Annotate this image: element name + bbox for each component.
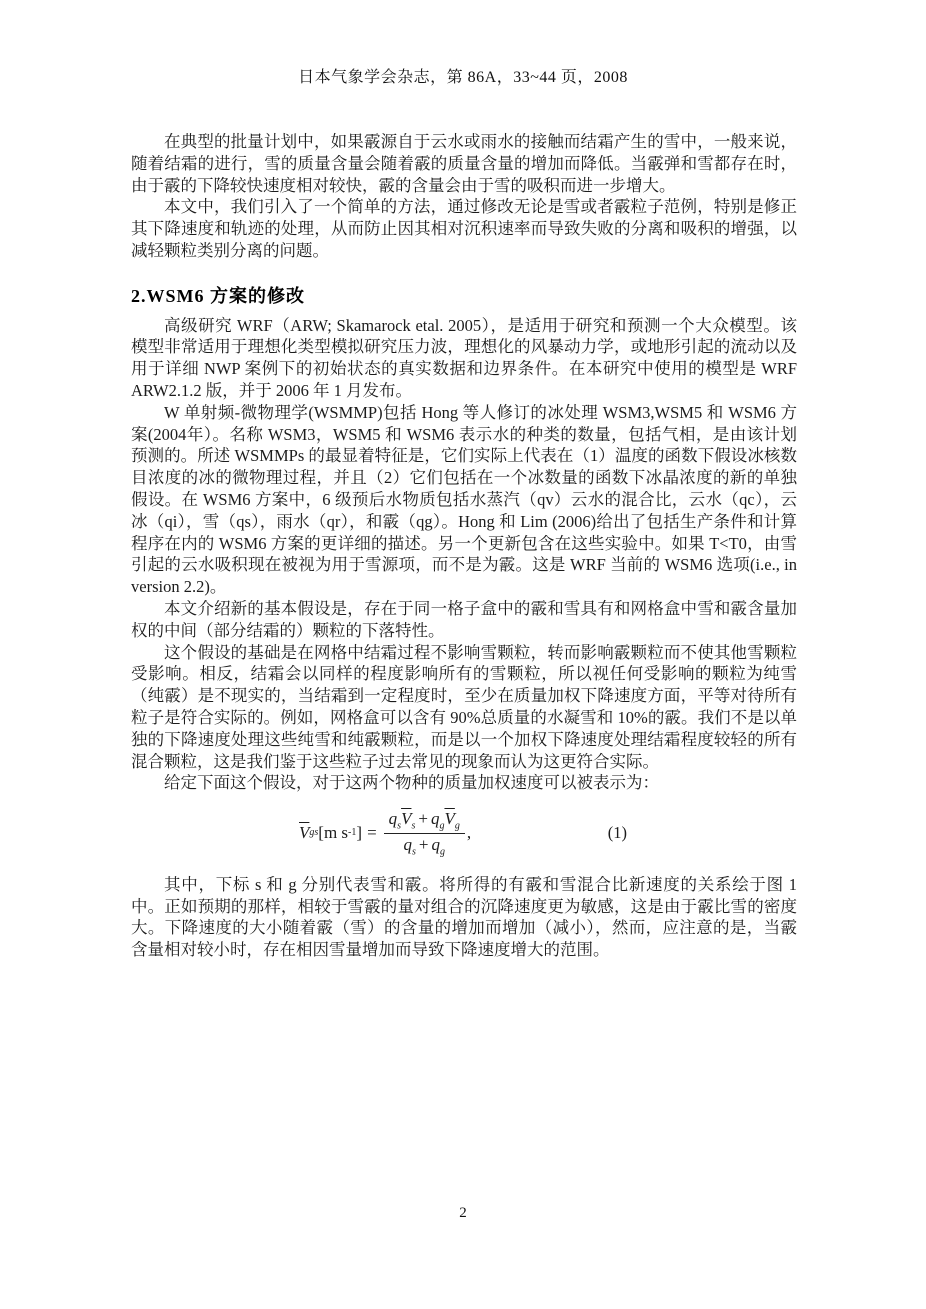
paragraph-intro-1: 在典型的批量计划中，如果霰源自于云水或雨水的接触而结霜产生的雪中，一般来说，随着… — [131, 131, 797, 196]
equation-expression: Vgs[m s-1]=qsVs+qgVgqs+qg, — [299, 809, 471, 857]
eq-lhs-variable: V — [299, 823, 309, 843]
paragraph-assumption-basis: 这个假设的基础是在网格中结霜过程不影响雪颗粒，转而影响霰颗粒而不使其他雪颗粒受影… — [131, 642, 797, 773]
paragraph-intro-2: 本文中，我们引入了一个简单的方法，通过修改无论是雪或者霰粒子范例，特别是修正其下… — [131, 196, 797, 261]
eq-num-v1: V — [401, 809, 411, 828]
document-page: 日本气象学会杂志，第 86A，33~44 页，2008 在典型的批量计划中，如果… — [0, 0, 926, 1309]
eq-num-plus: + — [418, 809, 428, 828]
eq-den-q1-sub: s — [412, 846, 416, 857]
eq-units-close: ] — [356, 823, 362, 843]
journal-header: 日本气象学会杂志，第 86A，33~44 页，2008 — [0, 64, 926, 87]
paragraph-new-assumption: 本文介绍新的基本假设是，存在于同一格子盒中的霰和雪具有和网格盒中雪和霰含量加权的… — [131, 598, 797, 642]
paragraph-wsmmp-schemes: W 单射频-微物理学(WSMMP)包括 Hong 等人修订的冰处理 WSM3,W… — [131, 402, 797, 598]
paragraph-wrf-model: 高级研究 WRF（ARW; Skamarock etal. 2005），是适用于… — [131, 315, 797, 402]
eq-den-q2: q — [432, 835, 441, 854]
section-heading-wsm6: 2.WSM6 方案的修改 — [131, 286, 797, 308]
eq-den-q2-sub: g — [440, 846, 445, 857]
eq-units-exponent: -1 — [348, 828, 356, 838]
paragraph-results-discussion: 其中，下标 s 和 g 分别代表雪和霰。将所得的有霰和雪混合比新速度的关系绘于图… — [131, 874, 797, 961]
eq-equals-sign: = — [367, 823, 377, 843]
paragraph-equation-intro: 给定下面这个假设，对于这两个物种的质量加权速度可以被表示为： — [131, 772, 797, 794]
eq-den-q1: q — [404, 835, 413, 854]
eq-num-v2: V — [444, 809, 454, 828]
eq-den-plus: + — [419, 835, 429, 854]
page-number: 2 — [0, 1205, 926, 1222]
eq-num-v1-sub: s — [411, 821, 415, 832]
equation-number: (1) — [608, 823, 627, 843]
document-body: 在典型的批量计划中，如果霰源自于云水或雨水的接触而结霜产生的雪中，一般来说，随着… — [131, 131, 797, 961]
eq-units-open: [m s — [318, 823, 348, 843]
eq-fraction: qsVs+qgVgqs+qg — [384, 809, 465, 857]
eq-num-q1: q — [389, 809, 398, 828]
eq-numerator: qsVs+qgVg — [384, 809, 465, 833]
eq-trailing-comma: , — [467, 823, 471, 843]
eq-lhs-subscript: gs — [309, 828, 318, 838]
eq-denominator: qs+qg — [384, 834, 465, 857]
equation-block: Vgs[m s-1]=qsVs+qgVgqs+qg, (1) — [131, 809, 797, 857]
eq-num-v2-sub: g — [455, 821, 460, 832]
